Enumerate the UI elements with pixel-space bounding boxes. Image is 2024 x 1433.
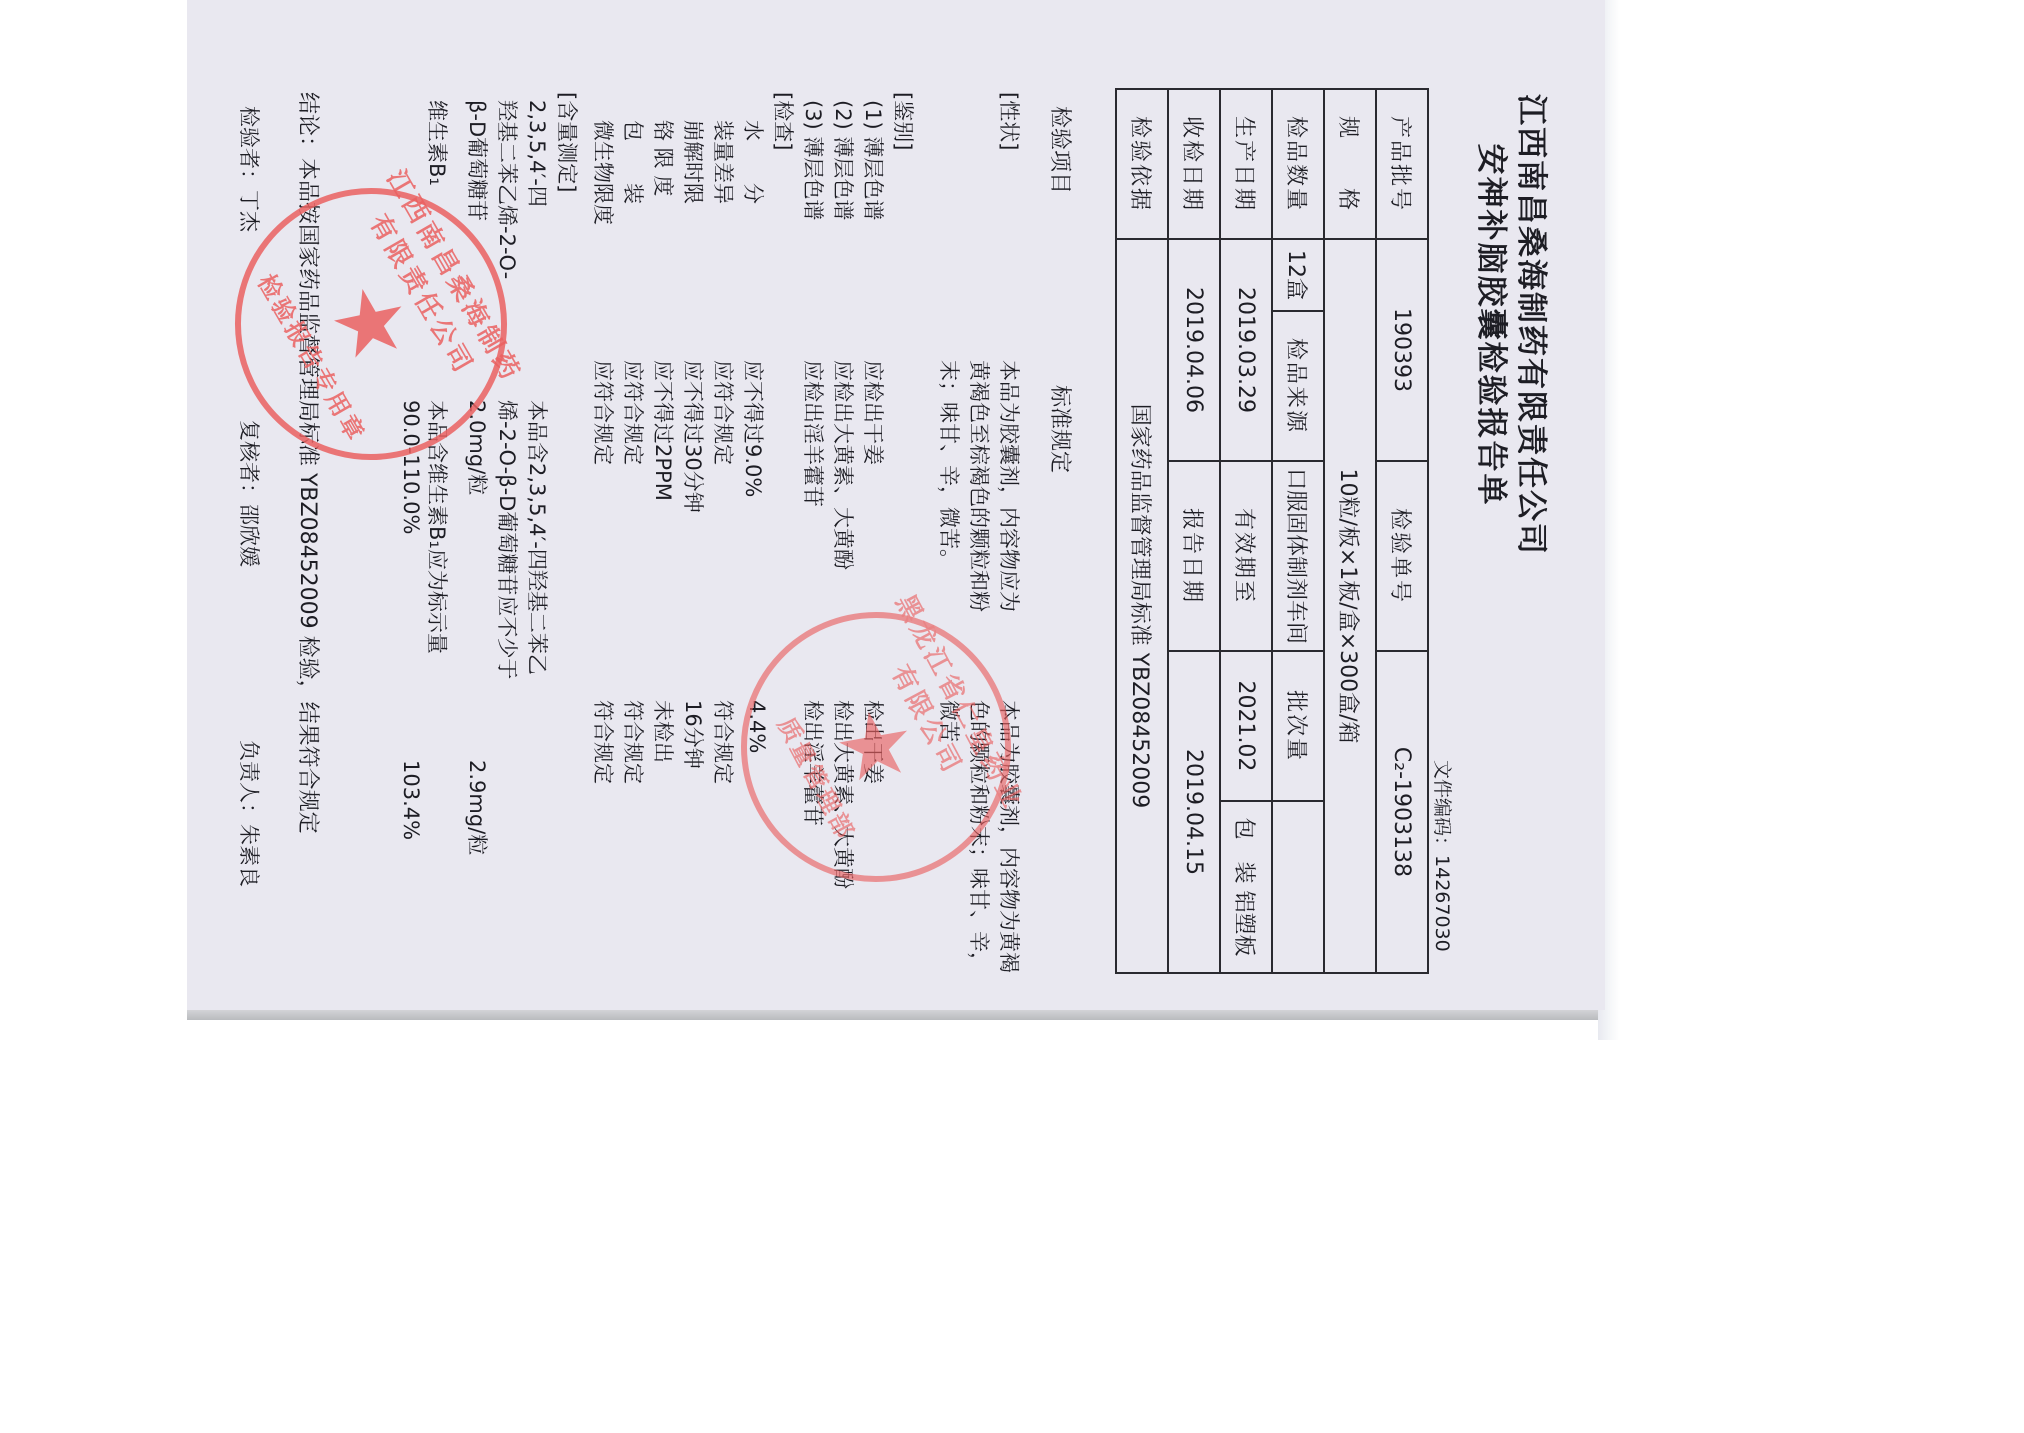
report-title: 安神补脑胶囊检验报告单 xyxy=(1472,0,1517,830)
report-date-label: 报告日期 xyxy=(1168,461,1220,651)
reviewer-label: 复核者： xyxy=(237,420,261,504)
column-header-standard: 标准规定 xyxy=(1046,385,1077,473)
item-name: 铬 限 度 xyxy=(649,120,679,196)
standard-text: 应检出大黄素、大黄酚 xyxy=(829,360,859,570)
info-table: 产品批号 190393 检验单号 C₂-1903138 规 格 10粒/板×1板… xyxy=(1115,88,1429,974)
standard-text: 末；味甘、辛，微苦。 xyxy=(935,360,965,570)
result-text: 符合规定 xyxy=(589,700,619,784)
standard-text: 黄褐色至棕褐色的颗粒和粉 xyxy=(965,360,995,612)
reviewer-name: 邵欣媛 xyxy=(237,504,261,567)
result-text: 2.9mg/粒 xyxy=(463,760,493,855)
item-name: 崩解时限 xyxy=(679,120,709,204)
reviewer: 复核者：邵欣媛 xyxy=(235,420,265,567)
item-name: 2,3,5,4′-四 xyxy=(523,100,553,207)
item-name: 包 装 xyxy=(619,120,649,204)
report-no-value: C₂-1903138 xyxy=(1376,651,1428,973)
responsible-name: 朱素良 xyxy=(237,824,261,887)
result-text: 103.4% xyxy=(399,760,423,840)
standard-text: 应不得过9.0% xyxy=(739,360,769,497)
inspector: 检验者：丁杰 xyxy=(235,106,265,232)
batch-value: 190393 xyxy=(1376,239,1428,461)
quantity-value: 12盒 xyxy=(1272,239,1324,311)
file-number-label: 文件编码： xyxy=(1431,760,1453,855)
receipt-date-value: 2019.04.06 xyxy=(1168,239,1220,461)
section-heading: [性状] xyxy=(995,92,1025,150)
batch-size-label: 批次量 xyxy=(1272,651,1324,801)
table-row: 产品批号 190393 检验单号 C₂-1903138 xyxy=(1376,89,1428,973)
table-row: 规 格 10粒/板×1板/盒×300盒/箱 xyxy=(1324,89,1376,973)
table-row: 检验依据 国家药品监督管理局标准 YBZ08452009 xyxy=(1116,89,1168,973)
source-value: 口服固体制剂车间 xyxy=(1272,461,1324,651)
receipt-date-label: 收检日期 xyxy=(1168,89,1220,239)
section-heading: [检查] xyxy=(769,92,799,150)
production-date-value: 2019.03.29 xyxy=(1220,239,1272,461)
standard-text: 应符合规定 xyxy=(709,360,739,465)
standard-text: 烯-2-O-β-D葡萄糖苷应不少于 xyxy=(493,400,523,679)
standard-text: 应检出干姜 xyxy=(859,360,889,465)
file-number-value: 14267030 xyxy=(1431,855,1453,952)
standard-text: 应不得过30分钟 xyxy=(679,360,709,513)
table-row: 生产日期 2019.03.29 有效期至 2021.02 包 装 铝塑板 xyxy=(1220,89,1272,973)
batch-size-value xyxy=(1272,801,1324,973)
file-number: 文件编码：14267030 xyxy=(1430,760,1457,952)
item-name: β-D葡萄糖苷 xyxy=(463,100,493,221)
basis-value: 国家药品监督管理局标准 YBZ08452009 xyxy=(1116,239,1168,973)
section-heading: [含量测定] xyxy=(553,92,583,192)
expiry-value: 2021.02 xyxy=(1220,651,1272,801)
item-name: 羟基二苯乙烯-2-O- xyxy=(493,100,523,279)
result-text: 未检出 xyxy=(649,700,679,763)
standard-text: 应不得过2PPM xyxy=(649,360,679,501)
standard-text: 本品为胶囊剂，内容物应为 xyxy=(995,360,1025,612)
packaging-value: 铝塑板 xyxy=(1232,890,1257,956)
item-name: (1) 薄层色谱 xyxy=(859,100,889,220)
expiry-label: 有效期至 xyxy=(1220,461,1272,651)
quantity-label: 检品数量 xyxy=(1272,89,1324,239)
standard-text: 应检出淫羊藿苷 xyxy=(799,360,829,507)
inspector-name: 丁杰 xyxy=(237,190,261,232)
spec-label: 规 格 xyxy=(1324,89,1376,239)
basis-label: 检验依据 xyxy=(1116,89,1168,239)
item-name: 水 分 xyxy=(739,120,769,204)
result-text: 符合规定 xyxy=(619,700,649,784)
packaging-cell: 包 装 铝塑板 xyxy=(1220,801,1272,973)
standard-text: 应符合规定 xyxy=(619,360,649,465)
standard-text: 应符合规定 xyxy=(589,360,619,465)
batch-label: 产品批号 xyxy=(1376,89,1428,239)
inspector-label: 检验者： xyxy=(237,106,261,190)
item-name: 微生物限度 xyxy=(589,120,619,225)
responsible-label: 负责人： xyxy=(237,740,261,824)
item-name: (3) 薄层色谱 xyxy=(799,100,829,220)
report-date-value: 2019.04.15 xyxy=(1168,651,1220,973)
production-date-label: 生产日期 xyxy=(1220,89,1272,239)
packaging-label: 包 装 xyxy=(1232,817,1257,883)
company-name: 江西南昌桑海制药有限责任公司 xyxy=(1512,0,1557,830)
result-text: 16分钟 xyxy=(679,700,709,769)
table-row: 检品数量 12盒 检品来源 口服固体制剂车间 批次量 xyxy=(1272,89,1324,973)
section-heading: [鉴别] xyxy=(889,92,919,150)
standard-text: 本品含2,3,5,4′-四羟基二苯乙 xyxy=(523,400,553,675)
scanned-report-page: 江西南昌桑海制药有限责任公司 安神补脑胶囊检验报告单 文件编码：14267030… xyxy=(187,0,1605,1010)
spec-value: 10粒/板×1板/盒×300盒/箱 xyxy=(1324,239,1376,973)
report-no-label: 检验单号 xyxy=(1376,461,1428,651)
item-name: 维生素B₁ xyxy=(423,100,453,186)
result-text: 符合规定 xyxy=(709,700,739,784)
item-name: 装量差异 xyxy=(709,120,739,204)
table-row: 收检日期 2019.04.06 报告日期 2019.04.15 xyxy=(1168,89,1220,973)
item-name: (2) 薄层色谱 xyxy=(829,100,859,220)
responsible-person: 负责人：朱素良 xyxy=(235,740,265,887)
column-header-item: 检验项目 xyxy=(1046,106,1077,194)
source-label: 检品来源 xyxy=(1272,311,1324,461)
